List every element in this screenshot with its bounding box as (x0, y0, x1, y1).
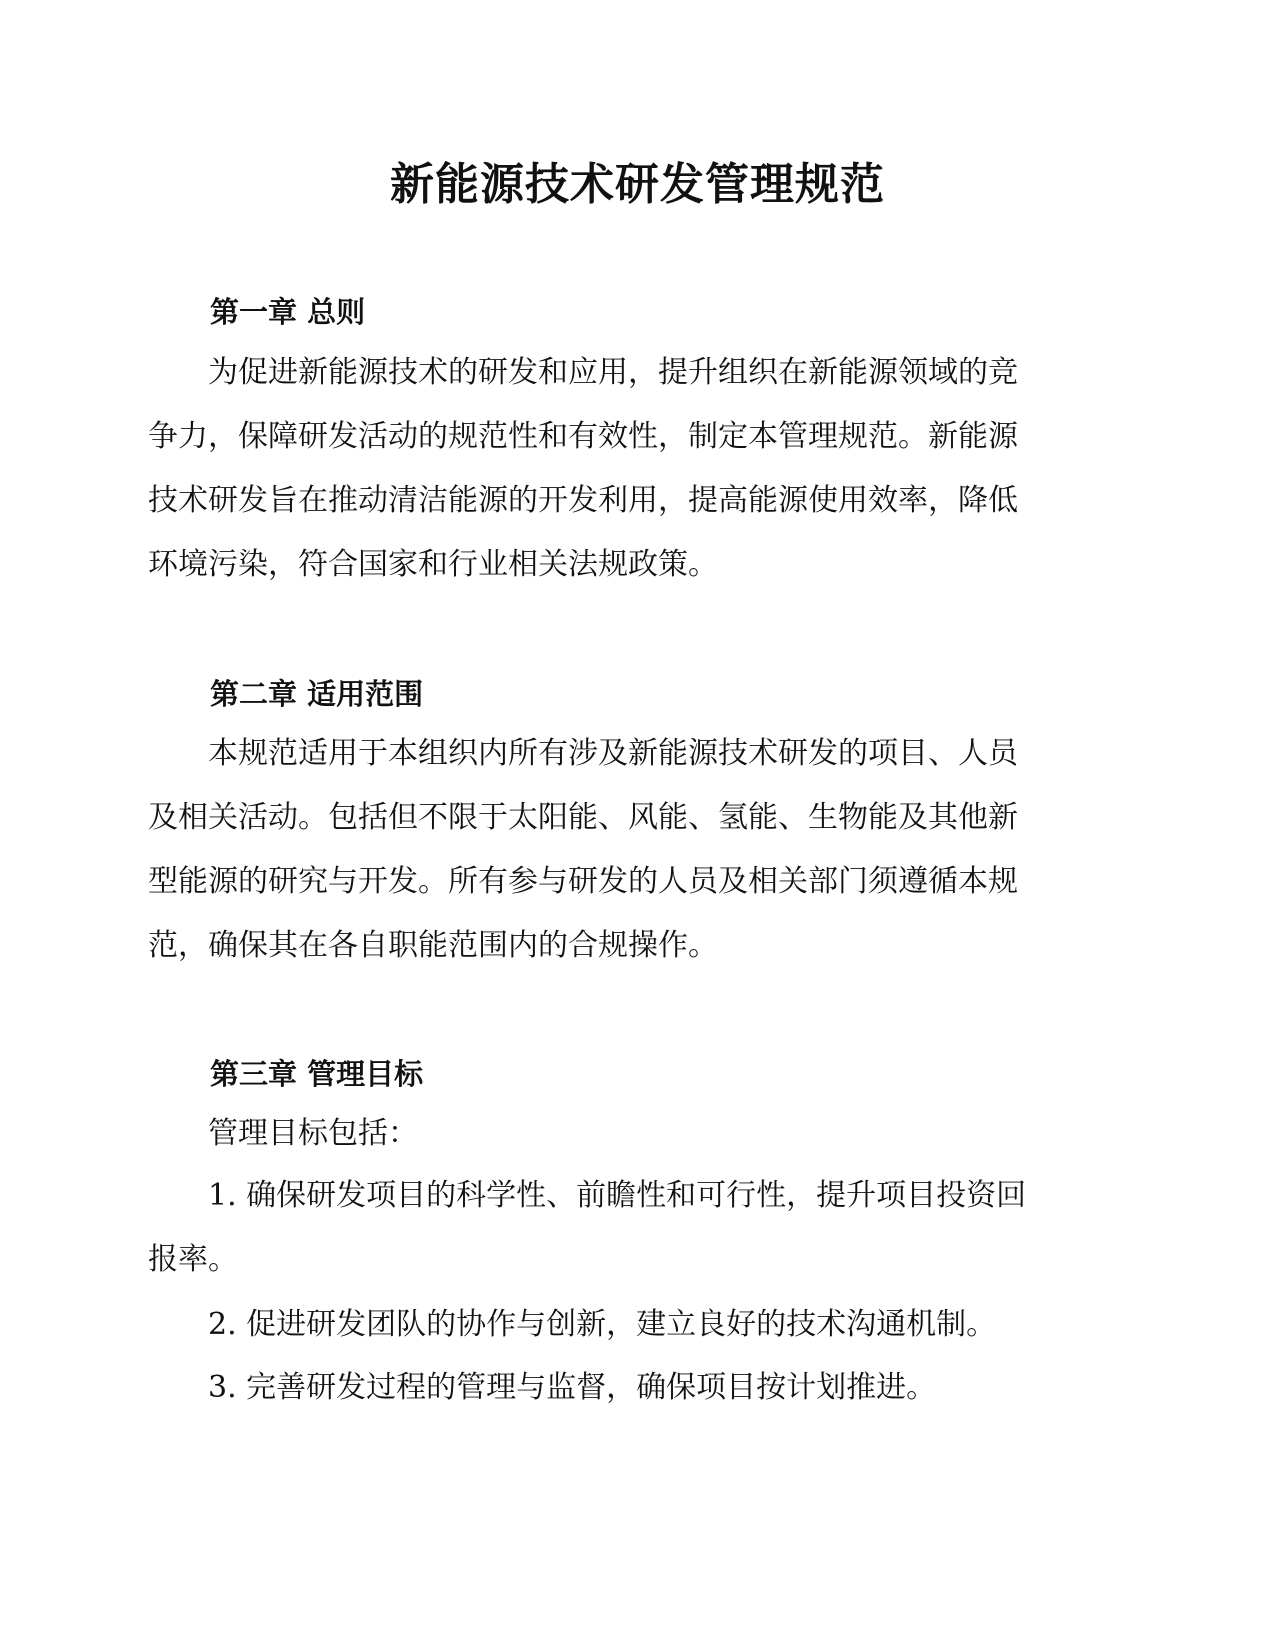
chapter-2-heading: 第二章 适用范围 (210, 672, 423, 713)
document-title: 新能源技术研发管理规范 (0, 148, 1275, 212)
chapter-3-intro: 管理目标包括： (148, 1102, 1068, 1166)
paragraph-line: 及相关活动。包括但不限于太阳能、风能、氢能、生物能及其他新 (148, 786, 1068, 850)
paragraph-line: 争力，保障研发活动的规范性和有效性，制定本管理规范。新能源 (148, 405, 1068, 469)
list-item-line: 1. 确保研发项目的科学性、前瞻性和可行性，提升项目投资回 (148, 1164, 1068, 1228)
paragraph-line: 技术研发旨在推动清洁能源的开发利用，提高能源使用效率，降低 (148, 469, 1068, 533)
chapter-1-heading: 第一章 总则 (210, 290, 365, 331)
paragraph-line: 环境污染，符合国家和行业相关法规政策。 (148, 533, 1068, 597)
chapter-1-paragraph: 为促进新能源技术的研发和应用，提升组织在新能源领域的竞 争力，保障研发活动的规范… (148, 341, 1068, 597)
list-item-line: 报率。 (148, 1228, 1068, 1292)
list-item-line: 2. 促进研发团队的协作与创新，建立良好的技术沟通机制。 (148, 1293, 1068, 1357)
paragraph-line: 型能源的研究与开发。所有参与研发的人员及相关部门须遵循本规 (148, 850, 1068, 914)
chapter-2-paragraph: 本规范适用于本组织内所有涉及新能源技术研发的项目、人员 及相关活动。包括但不限于… (148, 722, 1068, 978)
list-item-line: 3. 完善研发过程的管理与监督，确保项目按计划推进。 (148, 1356, 1068, 1420)
list-item-3: 3. 完善研发过程的管理与监督，确保项目按计划推进。 (148, 1356, 1068, 1420)
list-item-1: 1. 确保研发项目的科学性、前瞻性和可行性，提升项目投资回 报率。 (148, 1164, 1068, 1292)
paragraph-line: 本规范适用于本组织内所有涉及新能源技术研发的项目、人员 (148, 722, 1068, 786)
chapter-3-heading: 第三章 管理目标 (210, 1052, 423, 1093)
paragraph-line: 范，确保其在各自职能范围内的合规操作。 (148, 914, 1068, 978)
list-item-2: 2. 促进研发团队的协作与创新，建立良好的技术沟通机制。 (148, 1293, 1068, 1357)
paragraph-line: 为促进新能源技术的研发和应用，提升组织在新能源领域的竞 (148, 341, 1068, 405)
